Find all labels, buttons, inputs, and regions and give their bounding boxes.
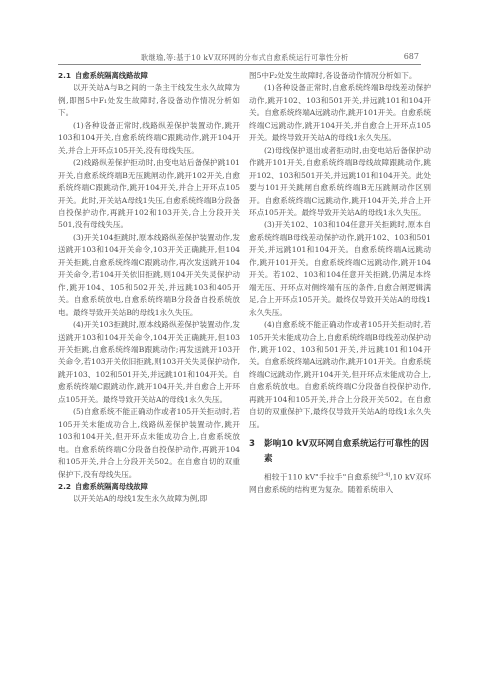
paragraph-3-start: 相较于110 kV"手拉手"自愈系统[3-4],10 kV双环网自愈系统的结构更… — [249, 469, 431, 496]
section-heading-2-2: 2.2自愈系统隔离母线故障 — [58, 481, 240, 493]
paragraph-case-4: (4)开关103拒跳时,原本线路纵差保护装置动作,发送跳开103和104开关命令… — [58, 319, 240, 406]
paragraph-case-2: (2)线路纵差保护拒动时,由变电站后备保护跳101开关,自愈系统终端B无压跳闸动… — [58, 157, 240, 232]
section-title: 自愈系统隔离母线故障 — [75, 482, 148, 491]
section-number: 3 — [249, 437, 264, 452]
paragraph-bus-case-1: (1)各种设备正常时,自愈系统终端B母线差动保护动作,跳开102、103和501… — [249, 82, 431, 144]
section-heading-2-1: 2.1自愈系统隔离线路故障 — [58, 70, 240, 82]
running-title: 耿继瑜,等:基于10 kV双环网的分布式自愈系统运行可靠性分析 — [141, 53, 349, 63]
paragraph-text: 相较于110 kV"手拉手"自愈系统 — [264, 473, 378, 482]
paragraph-bus-case-4: (4)自愈系统不能正确动作或者105开关拒动时,若105开关未能成功合上,自愈系… — [249, 319, 431, 431]
right-column: 图5中F₂处发生故障时,各设备动作情况分析如下。 (1)各种设备正常时,自愈系统… — [249, 70, 431, 497]
section-heading-3: 3影响10 kV双环网自愈系统运行可靠性的因素 — [249, 437, 431, 466]
running-header: 耿继瑜,等:基于10 kV双环网的分布式自愈系统运行可靠性分析 687 — [58, 51, 421, 65]
section-number: 2.2 — [58, 481, 75, 493]
section-number: 2.1 — [58, 70, 75, 82]
paragraph-case-3: (3)开关104拒跳时,原本线路纵差保护装置动作,发送跳开103和104开关命令… — [58, 232, 240, 319]
paragraph-bus-case-2: (2)母线保护退出或者拒动时,由变电站后备保护动作跳开101开关,自愈系统终端B… — [249, 145, 431, 220]
paragraph-2-2-start: 以开关站A的母线1发生永久故障为例,即 — [58, 493, 240, 505]
page-number: 687 — [404, 52, 419, 61]
paragraph-case-5: (5)自愈系统不能正确动作或者105开关拒动时,若105开关未能成功合上,线路纵… — [58, 406, 240, 481]
paragraph-case-1: (1)各种设备正常时,线路纵差保护装置动作,跳开103和104开关,自愈系统终端… — [58, 120, 240, 157]
paragraph-bus-case-3: (3)开关102、103和104任意开关拒跳时,原本自愈系统终端B母线差动保护动… — [249, 219, 431, 319]
paragraph-intro: 以开关站A与B之间的一条主干线发生永久故障为例,即图5中F₁处发生故障时,各设备… — [58, 82, 240, 119]
section-title: 影响10 kV双环网自愈系统运行可靠性的因素 — [264, 439, 429, 464]
citation-ref[interactable]: [3-4] — [378, 472, 390, 478]
left-column: 2.1自愈系统隔离线路故障 以开关站A与B之间的一条主干线发生永久故障为例,即图… — [58, 70, 240, 506]
paragraph-continued: 图5中F₂处发生故障时,各设备动作情况分析如下。 — [249, 70, 431, 82]
section-title: 自愈系统隔离线路故障 — [75, 71, 148, 80]
